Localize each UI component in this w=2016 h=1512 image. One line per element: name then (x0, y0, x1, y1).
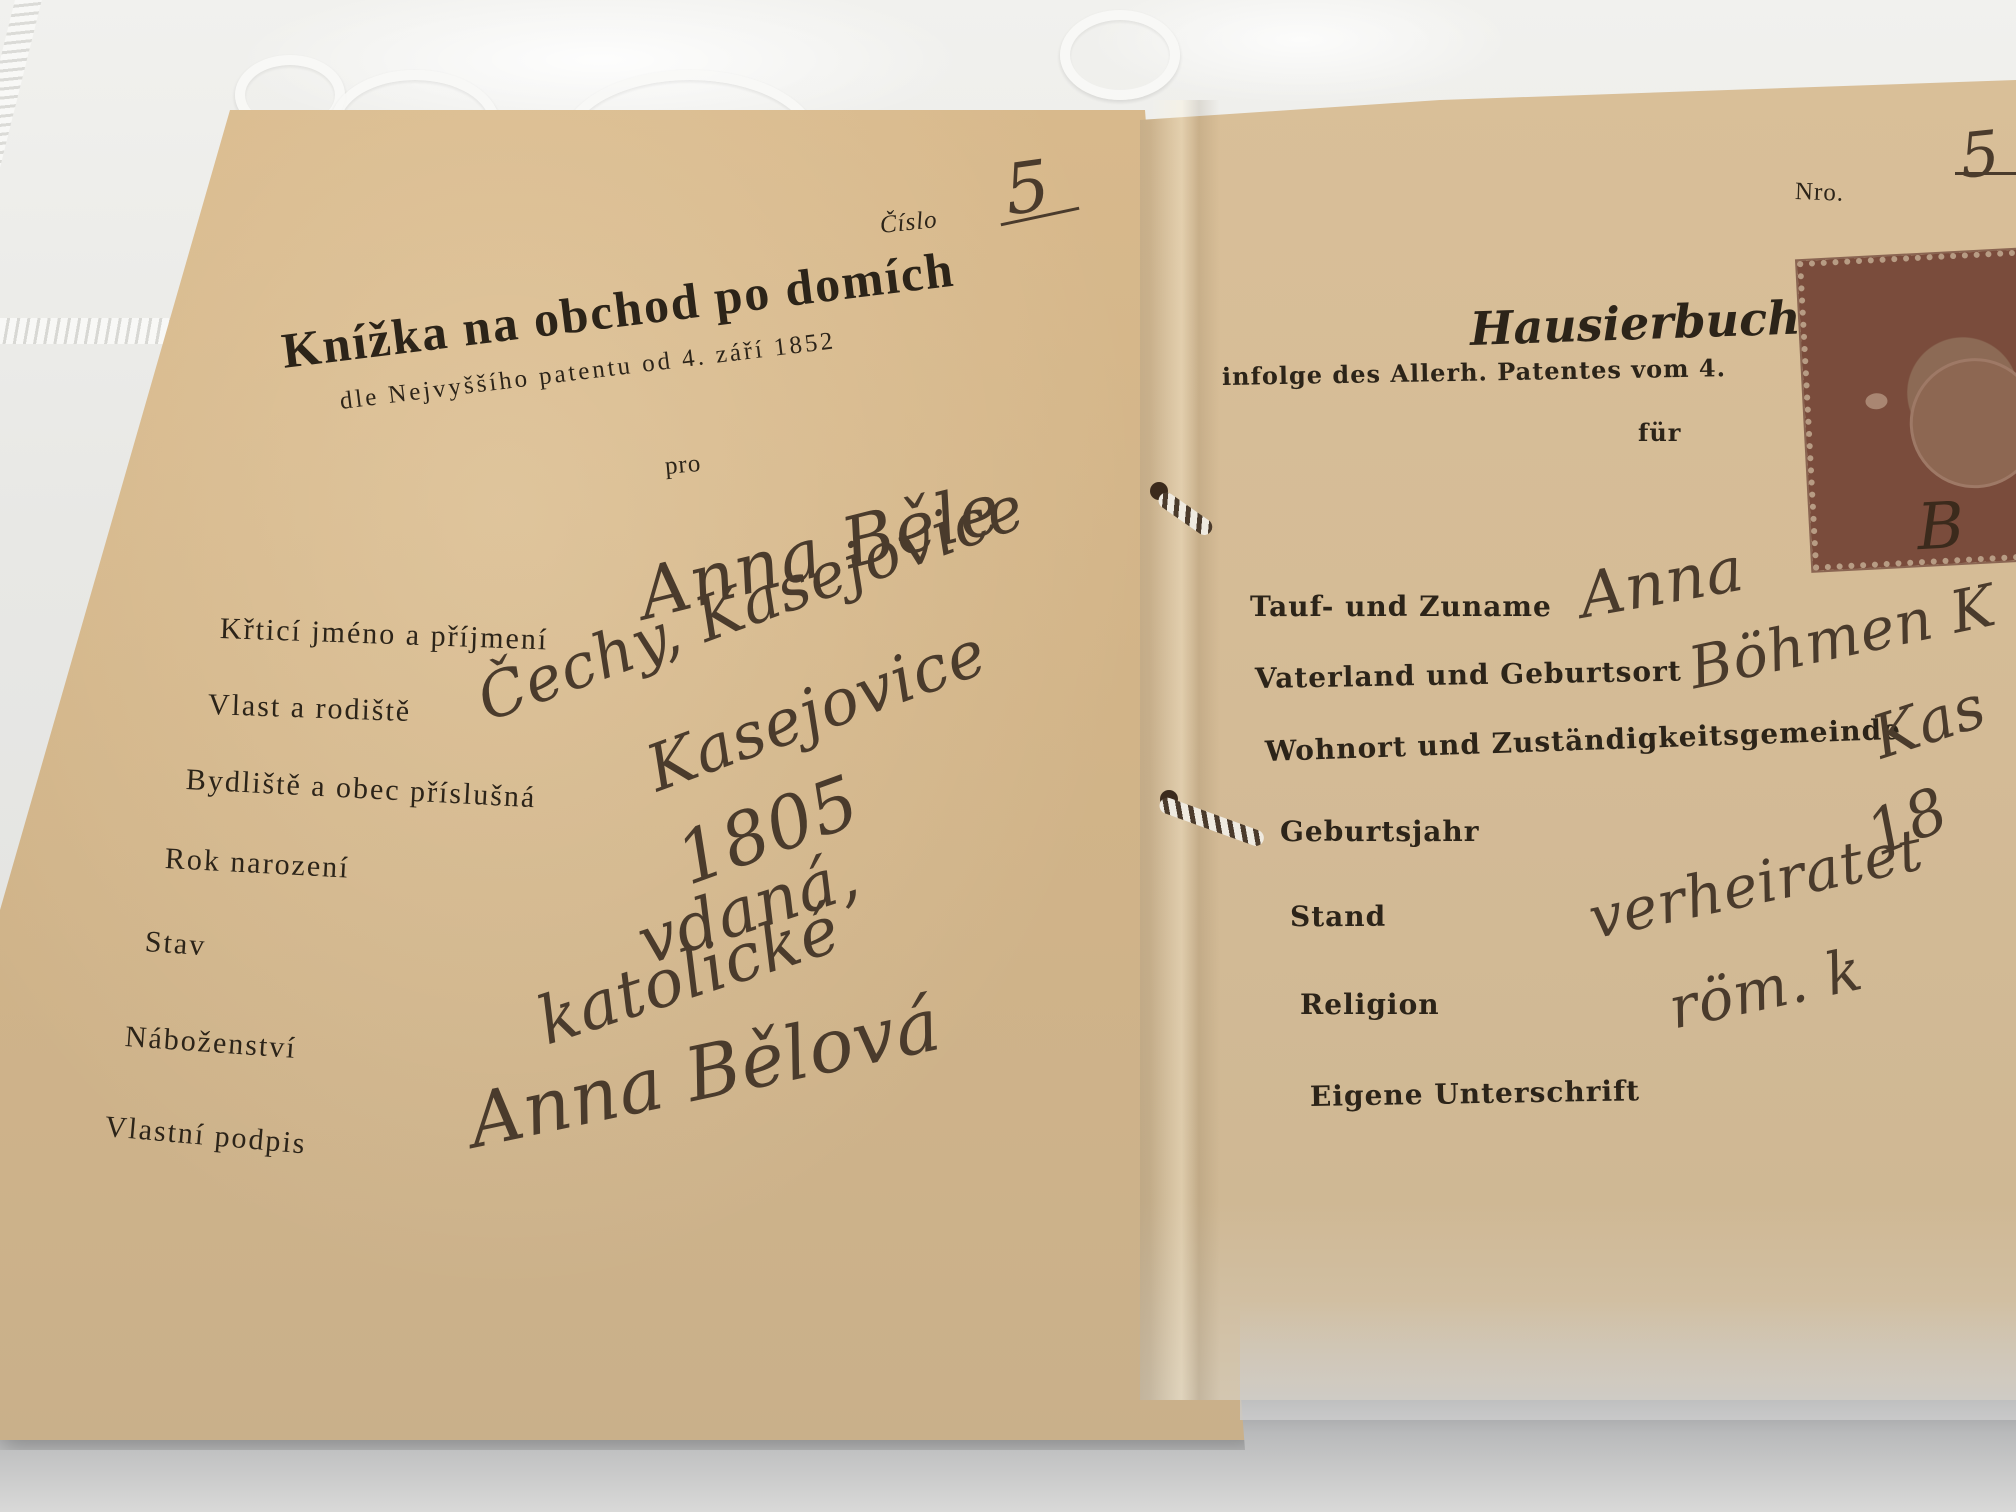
de-field-label-religion: Religion (1300, 988, 1440, 1021)
book-gutter (1150, 100, 1220, 1400)
de-field-label-name: Tauf- und Zuname (1250, 590, 1552, 623)
de-field-label-birth-year: Geburtsjahr (1280, 815, 1480, 848)
embroidery-swirl (1060, 10, 1180, 100)
field-label-status: Stav (144, 925, 208, 963)
field-label-homeland: Vlast a rodiště (207, 688, 411, 729)
right-number-label: Nro. (1795, 178, 1845, 208)
right-number-underline (1955, 172, 2016, 175)
de-field-label-status: Stand (1290, 900, 1386, 933)
stamp-dot (1865, 393, 1888, 410)
right-for-label: für (1638, 418, 1681, 447)
left-number-label: Číslo (879, 206, 939, 240)
left-for-label: pro (664, 450, 703, 481)
stamp-annotation: B (1915, 489, 1967, 565)
page-bottom-fade (1240, 1300, 2016, 1420)
revenue-stamp: B (1797, 249, 2016, 571)
right-title: Hausierbuch (1469, 290, 1801, 356)
right-number-value: 5 (1956, 116, 2004, 193)
de-field-label-signature: Eigene Unterschrift (1310, 1074, 1641, 1113)
stamp-emblem-icon (1906, 355, 2016, 492)
